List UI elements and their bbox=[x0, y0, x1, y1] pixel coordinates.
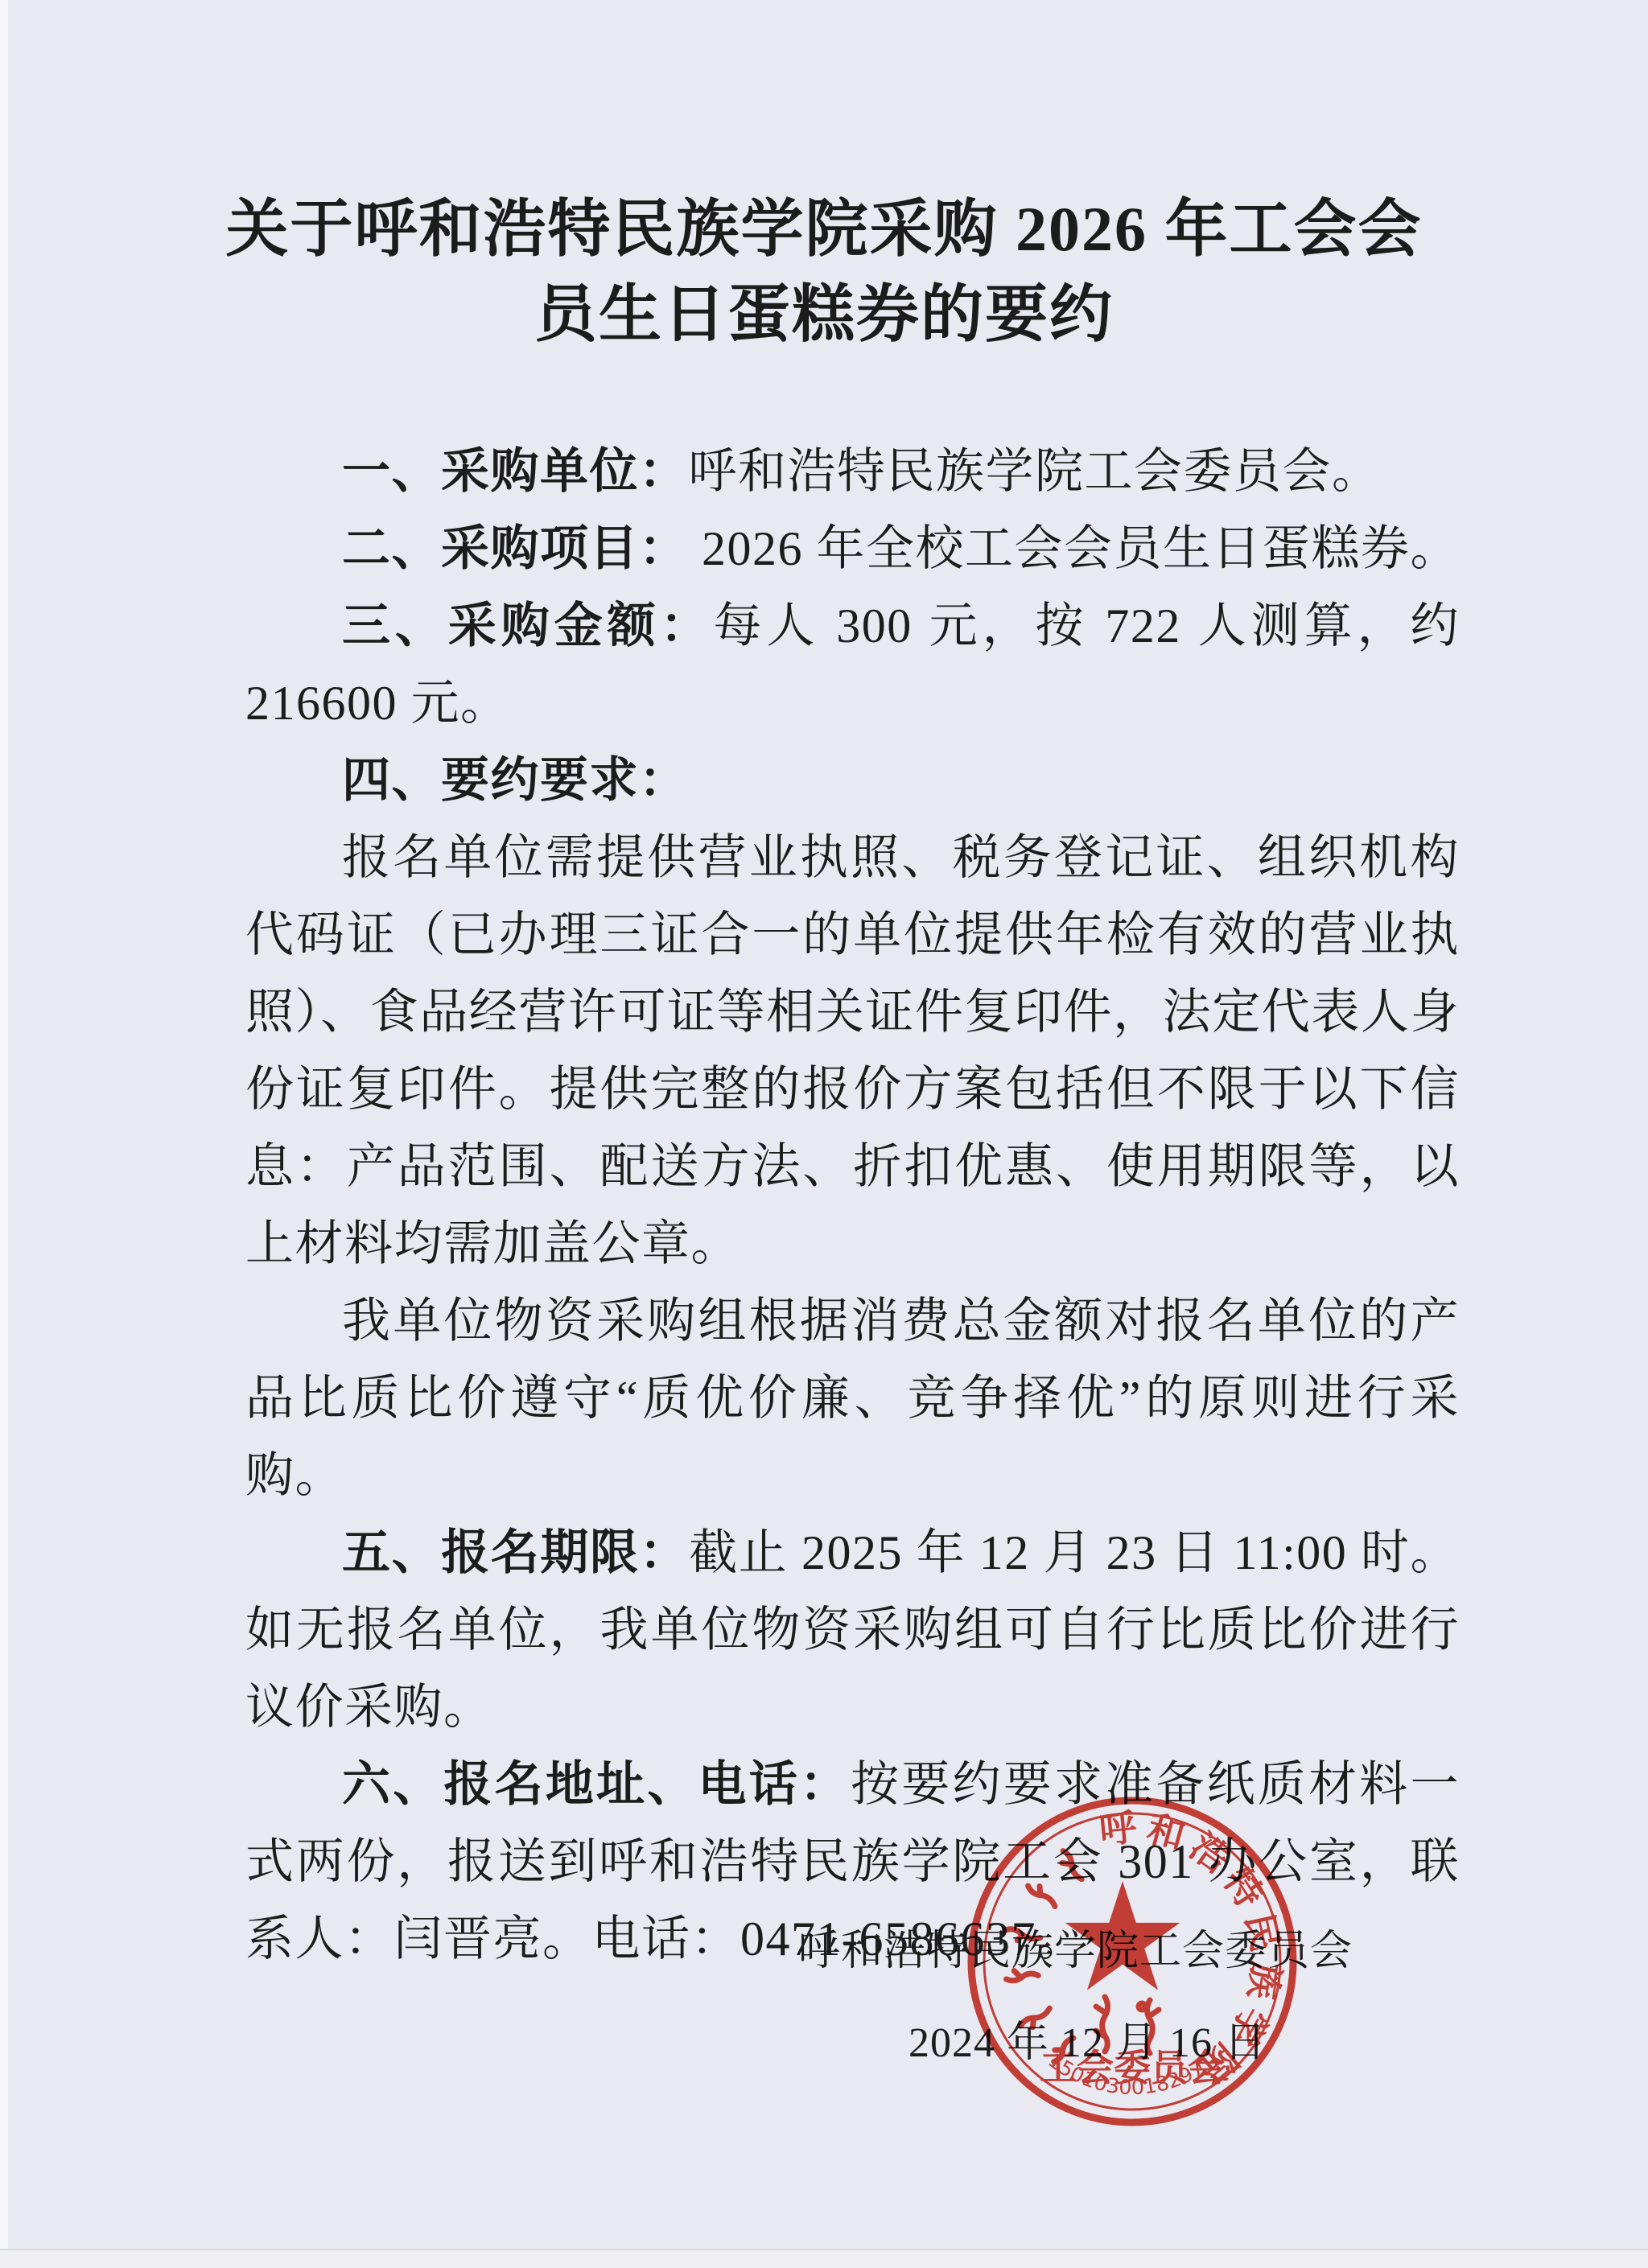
official-seal-stamp: 呼和浩特民族学院 工会委员会 1501030018297 bbox=[963, 1793, 1301, 2130]
mongolian-script-left bbox=[1004, 1850, 1083, 2063]
paragraph-label: 五、报名期限： bbox=[342, 1526, 689, 1579]
document-body: 一、采购单位：呼和浩特民族学院工会委员会。 二、采购项目： 2026 年全校工会… bbox=[245, 433, 1460, 1978]
star-icon bbox=[1065, 1881, 1180, 1990]
paragraph-selection-principle: 我单位物资采购组根据消费总金额对报名单位的产品比质比价遵守“质优价廉、竞争择优”… bbox=[245, 1282, 1460, 1514]
paragraph-purchasing-amount: 三、采购金额：每人 300 元，按 722 人测算，约 216600 元。 bbox=[245, 587, 1460, 742]
paragraph-text: 我单位物资采购组根据消费总金额对报名单位的产品比质比价遵守“质优价廉、竞争择优”… bbox=[245, 1295, 1460, 1502]
paragraph-purchasing-project: 二、采购项目： 2026 年全校工会会员生日蛋糕券。 bbox=[245, 510, 1460, 587]
title-line-1: 关于呼和浩特民族学院采购 2026 年工会会 bbox=[225, 194, 1422, 264]
paragraph-offer-requirements-heading: 四、要约要求： bbox=[245, 742, 1460, 819]
paragraph-text: 呼和浩特民族学院工会委员会。 bbox=[689, 445, 1382, 498]
document-title: 关于呼和浩特民族学院采购 2026 年工会会员生日蛋糕券的要约 bbox=[0, 187, 1648, 357]
paragraph-label: 三、采购金额： bbox=[342, 599, 713, 652]
paragraph-text: 2026 年全校工会会员生日蛋糕券。 bbox=[689, 522, 1461, 575]
document-page: 关于呼和浩特民族学院采购 2026 年工会会员生日蛋糕券的要约 一、采购单位：呼… bbox=[0, 0, 1648, 2268]
paragraph-text: 报名单位需提供营业执照、税务登记证、组织机构代码证（已办理三证合一的单位提供年检… bbox=[245, 831, 1460, 1270]
title-line-2: 员生日蛋糕券的要约 bbox=[534, 279, 1114, 349]
scan-edge-bottom bbox=[0, 2249, 1648, 2268]
paragraph-purchasing-unit: 一、采购单位：呼和浩特民族学院工会委员会。 bbox=[245, 433, 1460, 510]
paragraph-label: 四、要约要求： bbox=[342, 754, 689, 807]
paragraph-label: 六、报名地址、电话： bbox=[342, 1758, 851, 1811]
paragraph-label: 一、采购单位： bbox=[342, 445, 689, 498]
mongolian-script-center bbox=[1096, 1997, 1159, 2053]
paragraph-registration-deadline: 五、报名期限：截止 2025 年 12 月 23 日 11:00 时。如无报名单… bbox=[245, 1514, 1460, 1746]
paragraph-offer-requirements-detail: 报名单位需提供营业执照、税务登记证、组织机构代码证（已办理三证合一的单位提供年检… bbox=[245, 819, 1460, 1282]
paragraph-label: 二、采购项目： bbox=[342, 522, 689, 575]
